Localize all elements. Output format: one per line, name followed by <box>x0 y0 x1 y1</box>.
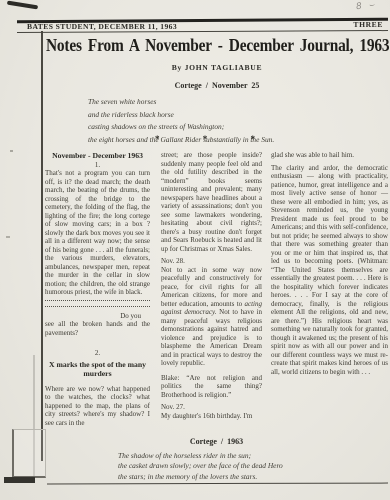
journal-heading: November - December 1963 <box>45 151 150 161</box>
footer-poem-line: the stars; in the memory of the lovers t… <box>118 472 283 482</box>
dateline-nov-27: Nov. 27. <box>161 403 262 412</box>
dotted-separator <box>45 300 150 304</box>
scan-smudge-bottom-left <box>4 477 35 483</box>
asterisk-glyph: * <box>251 134 256 144</box>
paragraph: The clarity and ardor, the democratic en… <box>271 164 388 377</box>
epigraph-line: casting shadows on the streets of Washin… <box>88 121 274 134</box>
paragraph: Not to act in some way now peacefully an… <box>161 266 262 368</box>
section-heading: Cortege / November 25 <box>46 81 388 90</box>
asterisk-glyph: * <box>155 134 160 144</box>
entry-number-2: 2. <box>45 349 150 358</box>
newspaper-page-scan: 8 ⌣ BATES STUDENT, DECEMBER 11, 1963 THR… <box>0 0 390 500</box>
paragraph: glad she was able to hail him. <box>271 151 388 160</box>
paragraph: Where are we now? what happened to the w… <box>45 385 150 428</box>
masthead-paper-date: BATES STUDENT, DECEMBER 11, 1963 <box>27 22 177 31</box>
scan-smudge-top-left <box>7 1 38 10</box>
entry-2-heading: X marks the spot of the many murders <box>45 360 150 379</box>
article-columns: November - December 1963 1. That's not a… <box>45 151 388 427</box>
left-column-rule <box>41 31 43 461</box>
scan-speck <box>10 150 13 152</box>
asterisk-glyph: * <box>203 134 208 144</box>
epigraph-line: The seven white horses <box>88 96 274 109</box>
article-byline: By JOHN TAGLIABUE <box>46 63 388 72</box>
paragraph: street; are those people inside? suddenl… <box>161 151 262 253</box>
scan-artifact-box <box>12 429 46 478</box>
paragraph-text: Not to have in many peaceful ways religi… <box>161 308 262 367</box>
footer-poem-line: The shadow of the horseless rider in the… <box>118 451 283 461</box>
column-2: street; are those people inside? suddenl… <box>161 151 262 427</box>
column-1: November - December 1963 1. That's not a… <box>45 151 150 427</box>
handwritten-pencil-mark: 8 ⌣ <box>356 0 378 12</box>
asterisk-separator: * * * <box>155 134 255 144</box>
blake-quote-paragraph: Blake: “Are not religion and politics th… <box>161 374 262 400</box>
masthead-page-number: THREE <box>353 20 383 29</box>
footer-poem-line: the casket drawn slowly; over the face o… <box>118 461 283 471</box>
dateline-nov-28: Nov. 28. <box>161 257 262 266</box>
paragraph: That's not a program you can turn off, i… <box>45 169 150 297</box>
paragraph: My daughter's 16th birthday. I'm <box>161 412 262 421</box>
paragraph: see all the broken hands and the pavemen… <box>45 320 150 337</box>
bottom-rule <box>47 483 388 485</box>
epigraph-line: and the riderless black horse <box>88 109 274 122</box>
scan-speck <box>6 236 10 238</box>
inset-lead-line: Do you <box>45 312 150 321</box>
entry-number-1: 1. <box>45 161 150 170</box>
article-title: Notes From A November - December Journal… <box>46 36 388 57</box>
footer-section-heading: Cortege / 1963 <box>45 437 388 446</box>
footer-poem: The shadow of the horseless rider in the… <box>118 451 283 482</box>
column-3: glad she was able to hail him. The clari… <box>271 151 388 427</box>
